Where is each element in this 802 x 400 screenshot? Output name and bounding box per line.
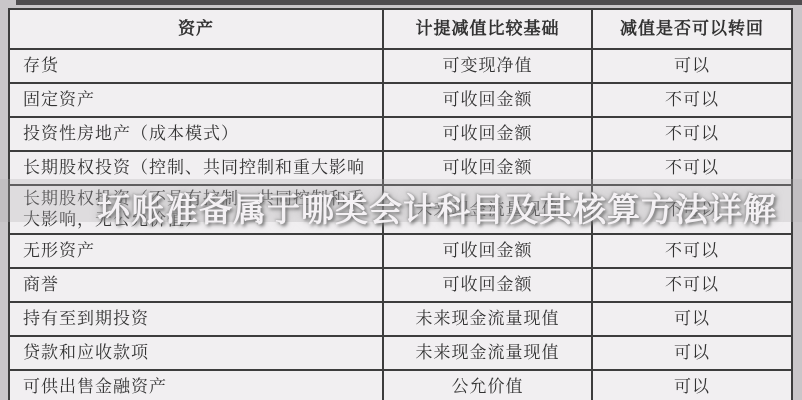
table-row: 存货可变现净值可以 [9, 49, 792, 83]
basis-cell: 公允价值 [383, 370, 592, 400]
reversible-cell: 不可以 [592, 151, 792, 185]
table-row: 可供出售金融资产公允价值可以 [9, 370, 792, 400]
header-reversible: 减值是否可以转回 [592, 9, 792, 49]
table-row: 投资性房地产（成本模式）可收回金额不可以 [9, 117, 792, 151]
asset-cell: 投资性房地产（成本模式） [9, 117, 383, 151]
asset-cell: 持有至到期投资 [9, 302, 383, 336]
basis-cell: 可收回金额 [383, 83, 592, 117]
asset-cell: 商誉 [9, 268, 383, 302]
basis-cell: 可收回金额 [383, 234, 592, 268]
basis-cell: 未来现金流量现值 [383, 336, 592, 370]
table-row: 持有至到期投资未来现金流量现值可以 [9, 302, 792, 336]
basis-cell: 可收回金额 [383, 268, 592, 302]
reversible-cell: 不可以 [592, 117, 792, 151]
asset-cell: 无形资产 [9, 234, 383, 268]
table-row: 长期股权投资（不具有控制、共同控制和重大影响，无公允价值）未来现金流量现值不可以 [9, 185, 792, 234]
table-row: 商誉可收回金额不可以 [9, 268, 792, 302]
reversible-cell: 可以 [592, 49, 792, 83]
asset-cell: 存货 [9, 49, 383, 83]
table-row: 无形资产可收回金额不可以 [9, 234, 792, 268]
reversible-cell: 可以 [592, 302, 792, 336]
reversible-cell: 不可以 [592, 234, 792, 268]
basis-cell: 可变现净值 [383, 49, 592, 83]
asset-cell: 长期股权投资（控制、共同控制和重大影响 [9, 151, 383, 185]
reversible-cell: 不可以 [592, 83, 792, 117]
asset-impairment-table: 资产 计提减值比较基础 减值是否可以转回 存货可变现净值可以固定资产可收回金额不… [8, 8, 793, 400]
asset-cell: 长期股权投资（不具有控制、共同控制和重大影响，无公允价值） [9, 185, 383, 234]
table-row: 贷款和应收款项未来现金流量现值可以 [9, 336, 792, 370]
table-body: 存货可变现净值可以固定资产可收回金额不可以投资性房地产（成本模式）可收回金额不可… [9, 49, 792, 400]
reversible-cell: 可以 [592, 370, 792, 400]
basis-cell: 未来现金流量现值 [383, 185, 592, 234]
header-asset: 资产 [9, 9, 383, 49]
table-header-row: 资产 计提减值比较基础 减值是否可以转回 [9, 9, 792, 49]
header-impairment-basis: 计提减值比较基础 [383, 9, 592, 49]
basis-cell: 可收回金额 [383, 151, 592, 185]
asset-cell: 固定资产 [9, 83, 383, 117]
asset-cell: 可供出售金融资产 [9, 370, 383, 400]
reversible-cell: 不可以 [592, 268, 792, 302]
reversible-cell: 不可以 [592, 185, 792, 234]
photo-edge-strip [16, 0, 802, 5]
asset-cell: 贷款和应收款项 [9, 336, 383, 370]
basis-cell: 可收回金额 [383, 117, 592, 151]
basis-cell: 未来现金流量现值 [383, 302, 592, 336]
reversible-cell: 可以 [592, 336, 792, 370]
table-row: 固定资产可收回金额不可以 [9, 83, 792, 117]
table-row: 长期股权投资（控制、共同控制和重大影响可收回金额不可以 [9, 151, 792, 185]
